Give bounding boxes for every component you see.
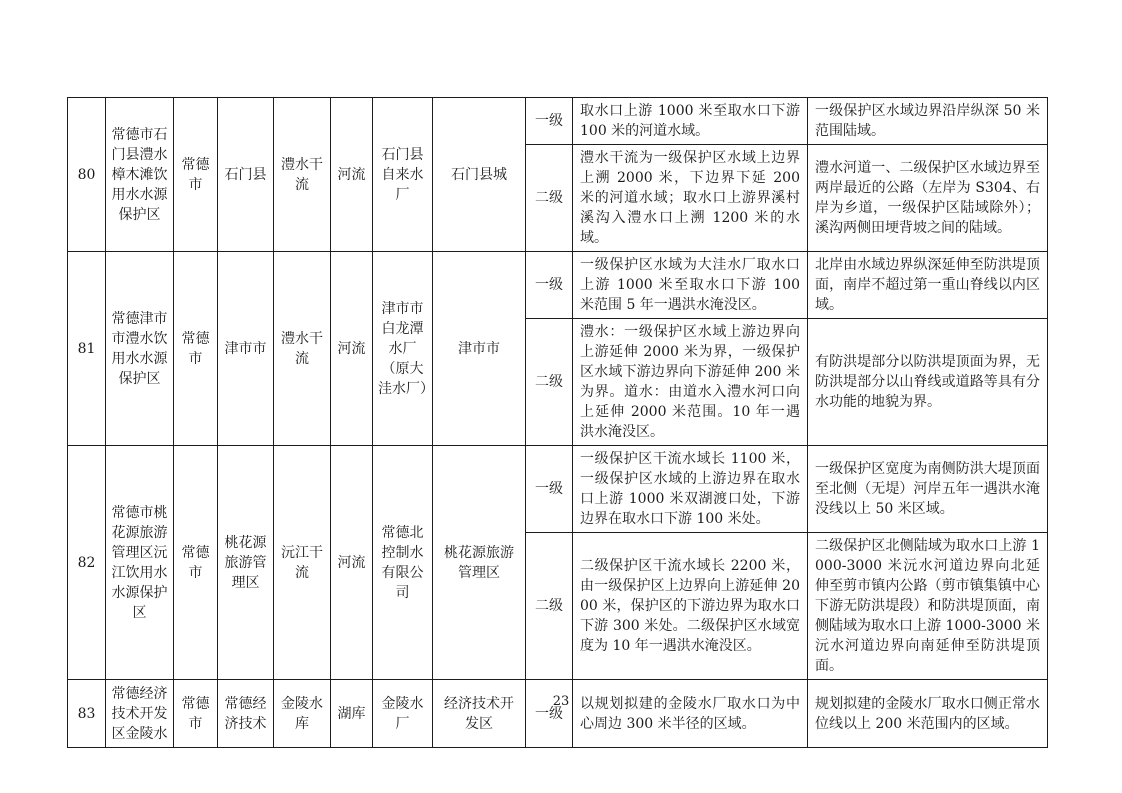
land-area-desc: 有防洪堤部分以防洪堤顶面为界，无防洪堤部分以山脊线或道路等具有分水功能的地貌为界… — [808, 319, 1048, 446]
zone-name-cell: 常德经济技术开发区金陵水 — [106, 680, 174, 748]
zone-name-cell: 常德市桃花源旅游管理区沅江饮用水水源保护区 — [106, 446, 174, 680]
plant-cell: 常德北控制水有限公司 — [373, 446, 433, 680]
level-cell: 一级 — [526, 446, 573, 533]
water-area-desc: 澧水：一级保护区水域上游边界向上游延伸 2000 米为界，一级保护区水域下游边界… — [573, 319, 808, 446]
city-cell: 常德市 — [174, 680, 218, 748]
service-area-cell: 经济技术开发区 — [433, 680, 526, 748]
row-number-cell: 82 — [68, 446, 106, 680]
service-area-cell: 桃花源旅游管理区 — [433, 446, 526, 680]
river-cell: 金陵水库 — [274, 680, 331, 748]
water-area-desc: 二级保护区干流水域长 2200 米，由一级保护区上边界向上游延伸 2000 米，… — [573, 533, 808, 680]
city-cell: 常德市 — [174, 252, 218, 446]
land-area-desc: 一级保护区宽度为南侧防洪大堤顶面至北侧（无堤）河岸五年一遇洪水淹没线以上 50 … — [808, 446, 1048, 533]
plant-cell: 金陵水厂 — [373, 680, 433, 748]
river-cell: 沅江干流 — [274, 446, 331, 680]
water-type-cell: 河流 — [331, 252, 373, 446]
level-cell: 二级 — [526, 319, 573, 446]
service-area-cell: 石门县城 — [433, 98, 526, 252]
row-number-cell: 80 — [68, 98, 106, 252]
zone-name-cell: 常德津市市澧水饮用水水源保护区 — [106, 252, 174, 446]
table-row: 81 常德津市市澧水饮用水水源保护区 常德市 津市市 澧水干流 河流 津市市白龙… — [68, 252, 1048, 319]
water-type-cell: 河流 — [331, 98, 373, 252]
level-cell: 二级 — [526, 145, 573, 252]
county-cell: 桃花源旅游管理区 — [218, 446, 274, 680]
land-area-desc: 北岸由水域边界纵深延伸至防洪堤顶面，南岸不超过第一重山脊线以内区域。 — [808, 252, 1048, 319]
row-number-cell: 83 — [68, 680, 106, 748]
table-row: 82 常德市桃花源旅游管理区沅江饮用水水源保护区 常德市 桃花源旅游管理区 沅江… — [68, 446, 1048, 533]
land-area-desc: 规划拟建的金陵水厂取水口侧正常水位线以上 200 米范围内的区域。 — [808, 680, 1048, 748]
plant-cell: 津市市白龙潭水厂（原大洼水厂） — [373, 252, 433, 446]
protection-zones-table: 80 常德市石门县澧水樟木滩饮用水水源保护区 常德市 石门县 澧水干流 河流 石… — [67, 97, 1048, 748]
water-area-desc: 以规划拟建的金陵水厂取水口为中心周边 300 米半径的区域。 — [573, 680, 808, 748]
zone-name-cell: 常德市石门县澧水樟木滩饮用水水源保护区 — [106, 98, 174, 252]
water-area-desc: 一级保护区水域为大洼水厂取水口上游 1000 米至取水口下游 100 米范围 5… — [573, 252, 808, 319]
land-area-desc: 一级保护区水域边界沿岸纵深 50 米范围陆域。 — [808, 98, 1048, 145]
county-cell: 常德经济技术 — [218, 680, 274, 748]
city-cell: 常德市 — [174, 98, 218, 252]
water-area-desc: 澧水干流为一级保护区水域上边界上溯 2000 米，下边界下延 200 米的河道水… — [573, 145, 808, 252]
plant-cell: 石门县自来水厂 — [373, 98, 433, 252]
water-type-cell: 湖库 — [331, 680, 373, 748]
level-cell: 一级 — [526, 680, 573, 748]
land-area-desc: 澧水河道一、二级保护区水域边界至两岸最近的公路（左岸为 S304、右岸为乡道，一… — [808, 145, 1048, 252]
county-cell: 津市市 — [218, 252, 274, 446]
level-cell: 一级 — [526, 98, 573, 145]
land-area-desc: 二级保护区北侧陆域为取水口上游 1000-3000 米沅水河道边界向北延伸至剪市… — [808, 533, 1048, 680]
city-cell: 常德市 — [174, 446, 218, 680]
table-row: 80 常德市石门县澧水樟木滩饮用水水源保护区 常德市 石门县 澧水干流 河流 石… — [68, 98, 1048, 145]
row-number-cell: 81 — [68, 252, 106, 446]
service-area-cell: 津市市 — [433, 252, 526, 446]
page-number: 23 — [0, 694, 1122, 709]
level-cell: 二级 — [526, 533, 573, 680]
water-area-desc: 一级保护区干流水域长 1100 米，一级保护区水域的上游边界在取水口上游 100… — [573, 446, 808, 533]
document-page: 80 常德市石门县澧水樟木滩饮用水水源保护区 常德市 石门县 澧水干流 河流 石… — [0, 0, 1122, 793]
county-cell: 石门县 — [218, 98, 274, 252]
level-cell: 一级 — [526, 252, 573, 319]
table-row: 83 常德经济技术开发区金陵水 常德市 常德经济技术 金陵水库 湖库 金陵水厂 … — [68, 680, 1048, 748]
water-type-cell: 河流 — [331, 446, 373, 680]
river-cell: 澧水干流 — [274, 252, 331, 446]
water-area-desc: 取水口上游 1000 米至取水口下游 100 米的河道水域。 — [573, 98, 808, 145]
river-cell: 澧水干流 — [274, 98, 331, 252]
